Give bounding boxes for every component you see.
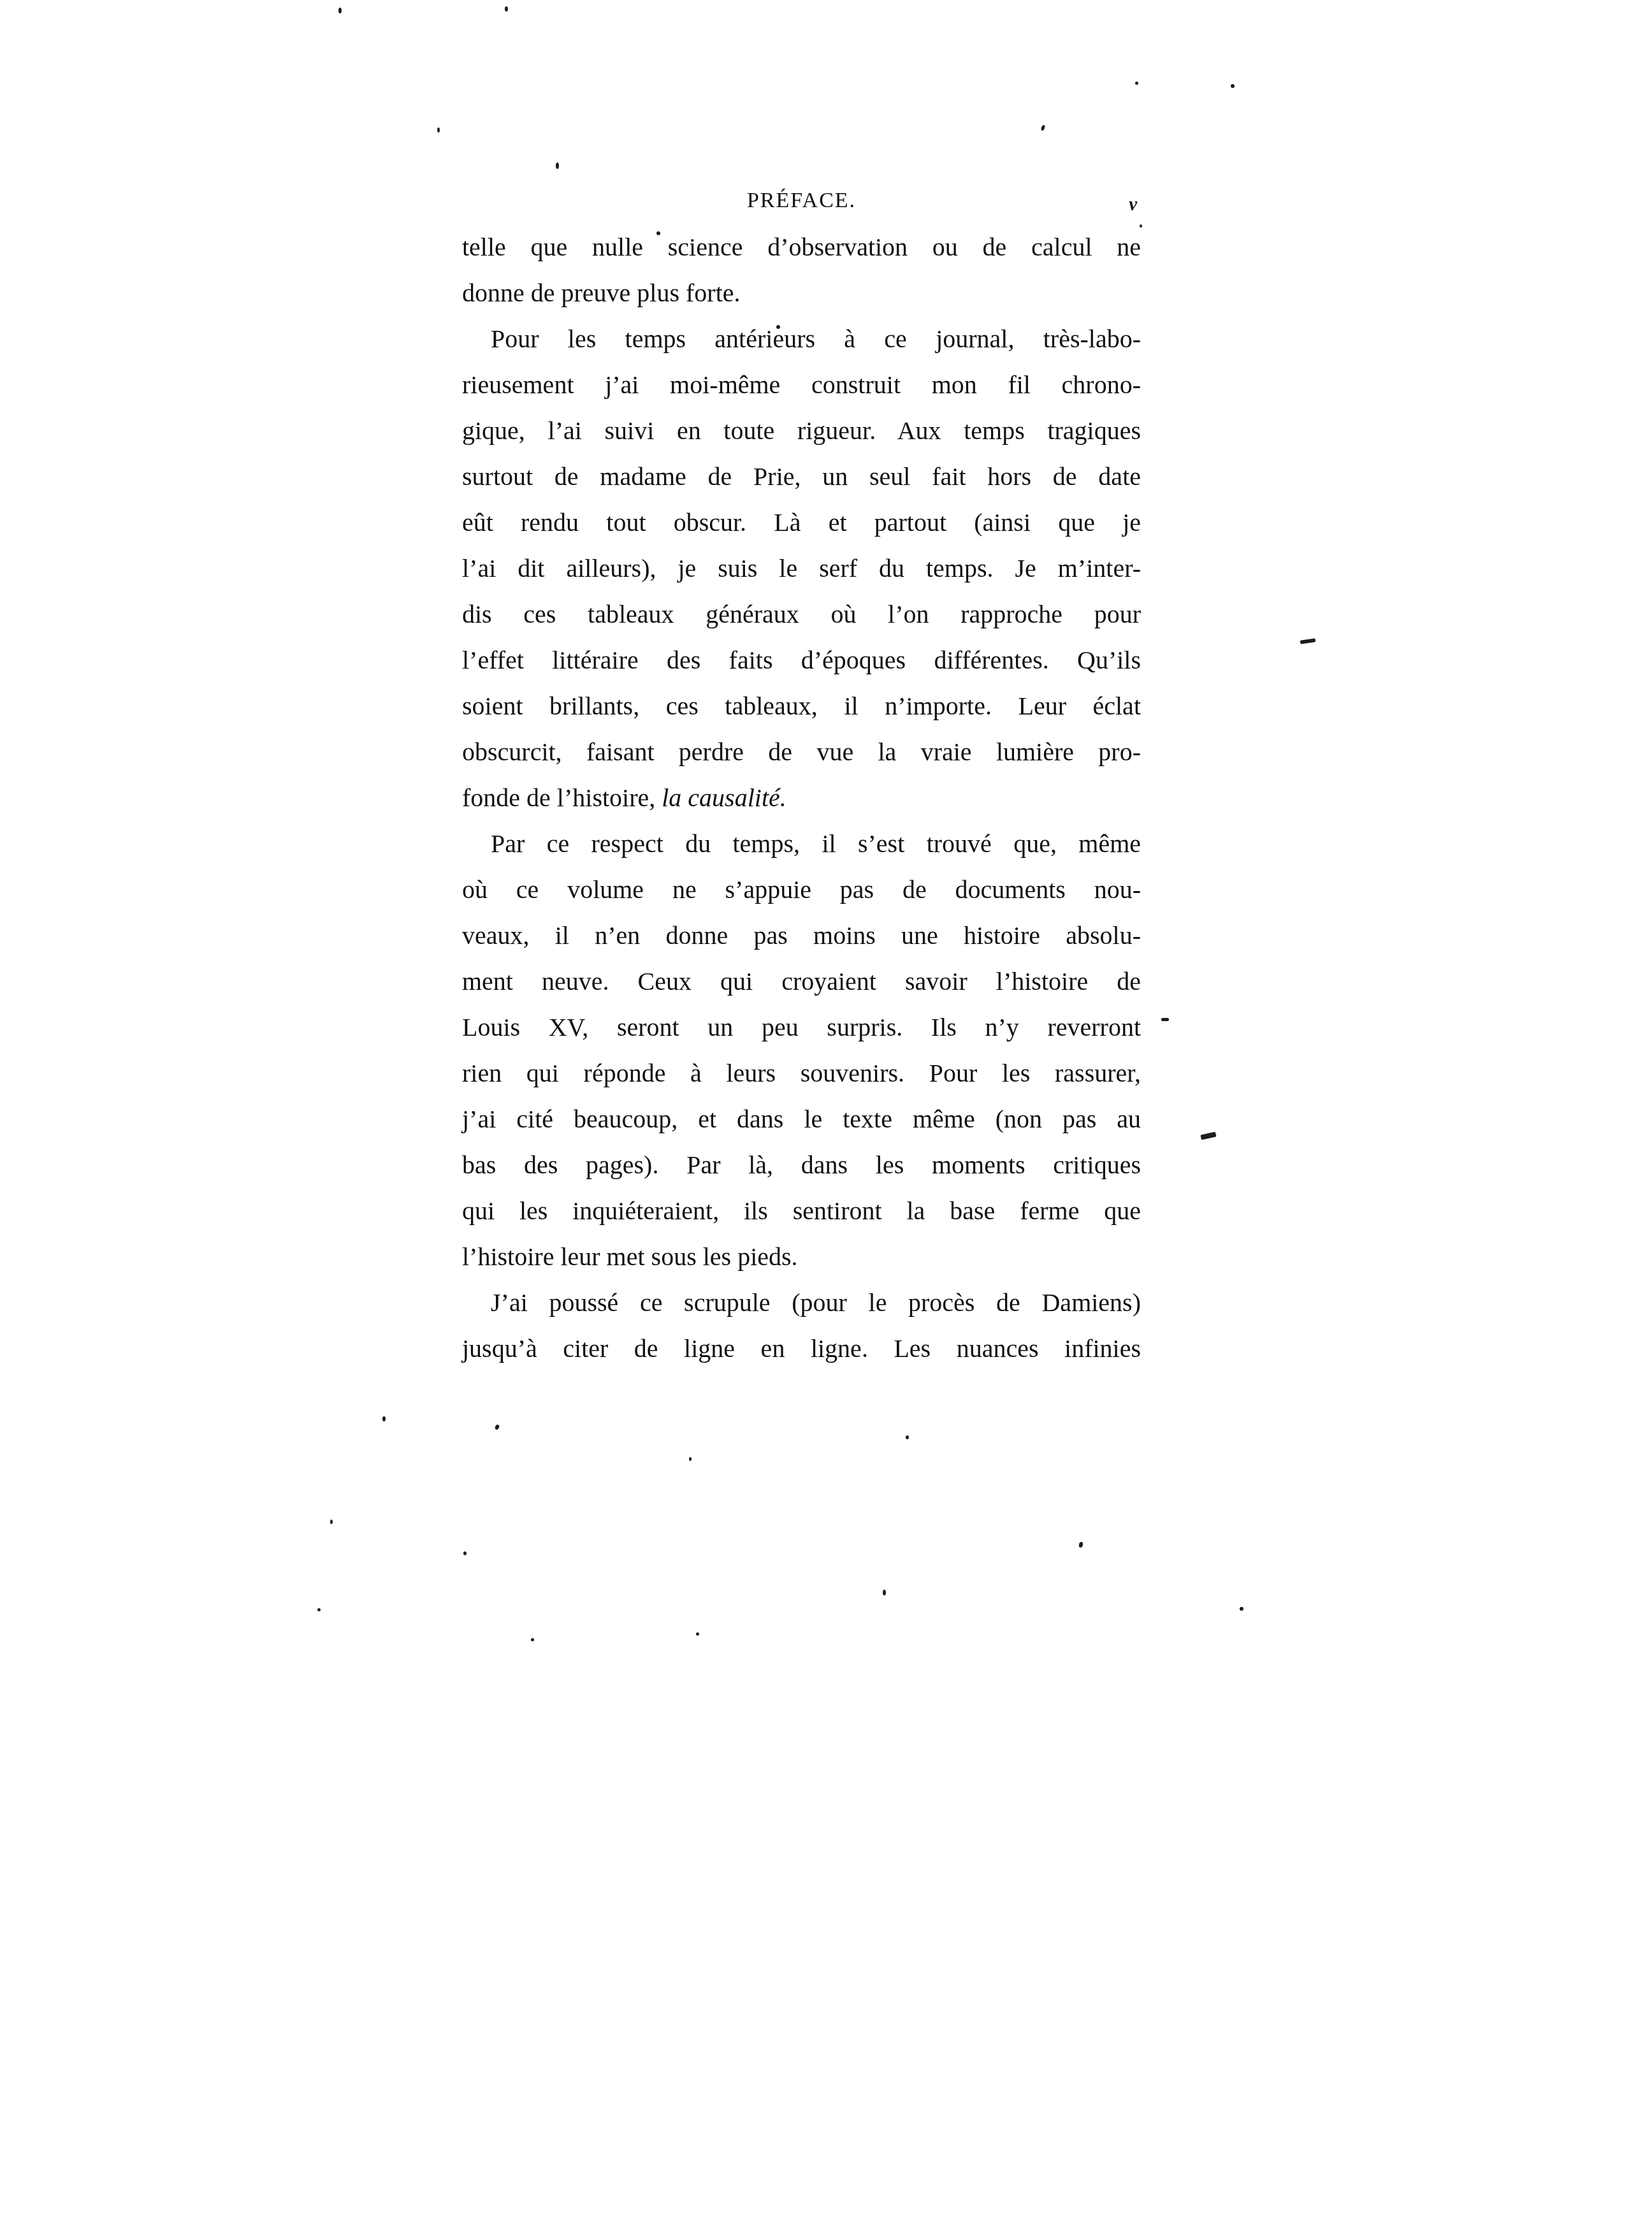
text-line-24: J’ai poussé ce scrupule (pour le procès … [462, 1280, 1141, 1326]
scan-speck [338, 8, 342, 13]
page-title: PRÉFACE. [462, 189, 1141, 213]
text-line-3: Pour les temps antérieurs à ce journal, … [462, 316, 1141, 362]
text-line-23: l’histoire leur met sous les pieds. [462, 1234, 1141, 1280]
scan-speck [505, 6, 508, 11]
preface-text-block: telle que nulle science d’observation ou… [462, 224, 1141, 1372]
scan-speck [1078, 1541, 1083, 1548]
text-line-16: veaux, il n’en donne pas moins une histo… [462, 913, 1141, 959]
scan-speck [382, 1416, 386, 1421]
text-line-9: dis ces tableaux généraux où l’on rappro… [462, 592, 1141, 637]
scan-speck [531, 1638, 534, 1641]
scan-speck [495, 1424, 500, 1430]
text-line-14: Par ce respect du temps, il s’est trouvé… [462, 821, 1141, 867]
text-line-5: gique, l’ai suivi en toute rigueur. Aux … [462, 408, 1141, 454]
text-line-13: fonde de l’histoire, la causalité. [462, 775, 1141, 821]
scan-speck [1300, 638, 1316, 644]
text-line-15: où ce volume ne s’appuie pas de document… [462, 867, 1141, 913]
text-line-21: bas des pages). Par là, dans les moments… [462, 1142, 1141, 1188]
scan-speck [1161, 1018, 1169, 1021]
scan-speck [317, 1608, 321, 1611]
text-line-7: eût rendu tout obscur. Là et partout (ai… [462, 500, 1141, 546]
text-line-2: donne de preuve plus forte. [462, 270, 1141, 316]
text-line-25: jusqu’à citer de ligne en ligne. Les nua… [462, 1326, 1141, 1372]
scan-speck [696, 1632, 699, 1636]
text-line-4: rieusement j’ai moi-même construit mon f… [462, 362, 1141, 408]
text-line-17: ment neuve. Ceux qui croyaient savoir l’… [462, 959, 1141, 1005]
text-line-1: telle que nulle science d’observation ou… [462, 224, 1141, 270]
scan-speck [437, 127, 440, 133]
running-header: PRÉFACE. v [462, 189, 1141, 217]
text-line-10: l’effet littéraire des faits d’époques d… [462, 637, 1141, 683]
scan-speck [1140, 224, 1142, 228]
scan-speck [1231, 84, 1235, 88]
scan-speck [330, 1520, 333, 1524]
text-line-8: l’ai dit ailleurs), je suis le serf du t… [462, 546, 1141, 592]
page-number: v [1129, 194, 1137, 215]
text-line-12: obscurcit, faisant perdre de vue la vrai… [462, 729, 1141, 775]
scan-speck [1041, 124, 1046, 131]
scan-speck [1240, 1607, 1243, 1611]
scan-speck [776, 325, 780, 329]
scan-speck [556, 163, 559, 169]
text-line-6: surtout de madame de Prie, un seul fait … [462, 454, 1141, 500]
text-line-19: rien qui réponde à leurs souvenirs. Pour… [462, 1050, 1141, 1096]
scan-speck [906, 1435, 909, 1439]
text-line-18: Louis XV, seront un peu surpris. Ils n’y… [462, 1005, 1141, 1050]
scan-speck [689, 1457, 692, 1461]
scan-speck [656, 231, 660, 235]
book-page: PRÉFACE. v telle que nulle science d’obs… [0, 0, 1652, 2236]
text-line-22: qui les inquiéteraient, ils sentiront la… [462, 1188, 1141, 1234]
text-line-11: soient brillants, ces tableaux, il n’imp… [462, 683, 1141, 729]
scan-speck [1200, 1132, 1216, 1140]
text-line-20: j’ai cité beaucoup, et dans le texte mêm… [462, 1096, 1141, 1142]
scan-speck [463, 1551, 467, 1555]
scan-speck [1135, 82, 1138, 85]
scan-speck [883, 1590, 886, 1595]
